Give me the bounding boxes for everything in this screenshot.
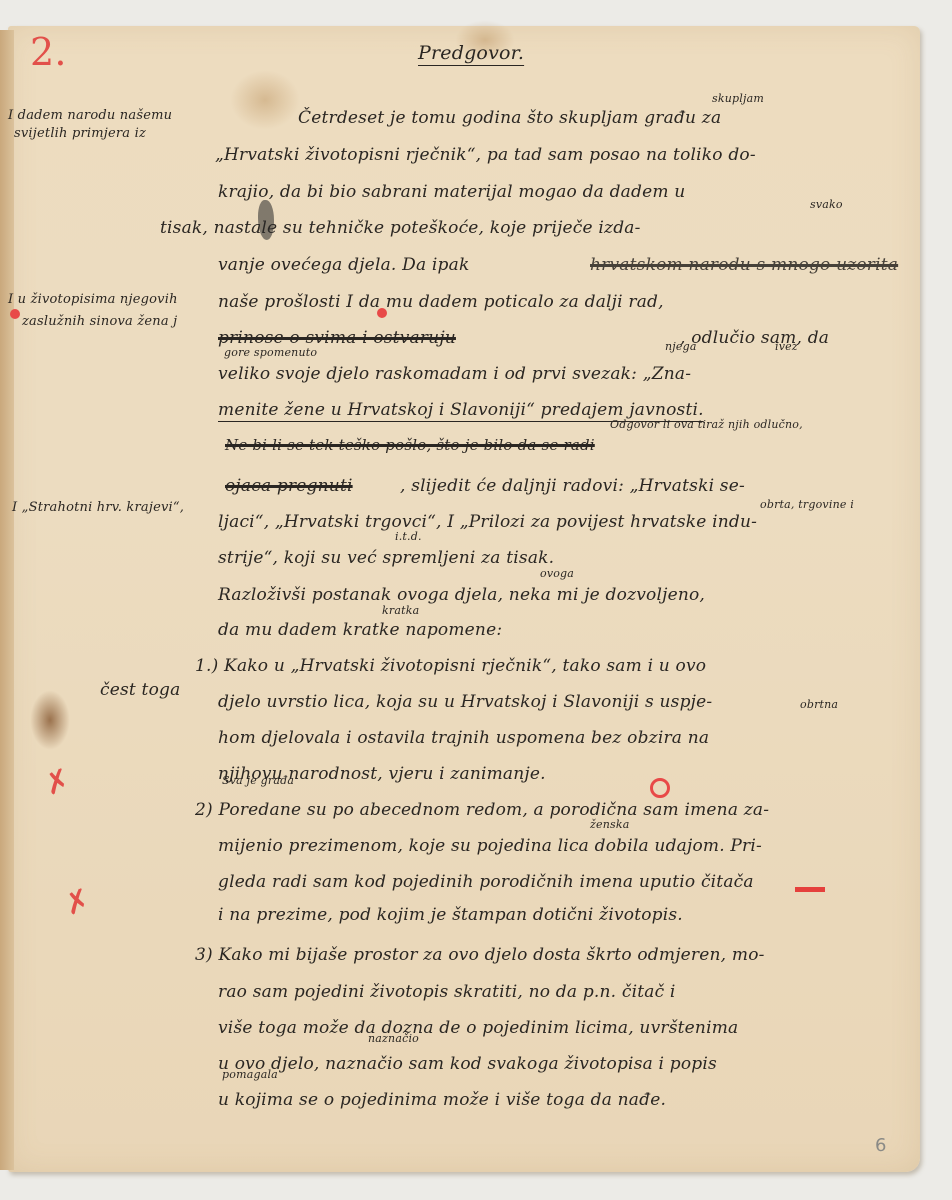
red-mark [10,309,20,319]
folio-number: 2. [30,30,67,74]
list-item-2: 2) Poredane su po abecednom redom, a por… [195,800,769,820]
text-line: u kojima se o pojedinima može i više tog… [218,1090,666,1110]
margin-note: svijetlih primjera iz [14,126,146,141]
page-title: Predgovor. [418,42,524,64]
interlinear-note: skupljam [712,92,764,105]
struck-text: prinose o svima i ostvaruju [218,328,456,348]
margin-note: čest toga [100,680,180,700]
ink-blot [258,200,274,240]
text-line: gleda radi sam kod pojedinih porodičnih … [218,872,754,892]
text-line: krajio, da bi bio sabrani materijal moga… [218,182,685,202]
struck-text: hrvatskom narodu s mnogo uzorita [590,255,898,275]
text-line: strije“, koji su već spremljeni za tisak… [218,548,554,568]
text-line: „Hrvatski životopisni rječnik“, pa tad s… [215,145,756,165]
text-line: više toga može da dozna de o pojedinim l… [218,1018,738,1038]
text-line: , slijedit će daljnji radovi: „Hrvatski … [400,476,745,496]
text-line: naše prošlosti I da mu dadem poticalo za… [218,292,664,312]
text-line: u ovo djelo, naznačio sam kod svakoga ži… [218,1054,717,1074]
text-line: Četrdeset je tomu godina što skupljam gr… [298,108,721,128]
text-line: da mu dadem kratke napomene: [218,620,502,640]
struck-text: Ne bi li se tek teško pošlo, što je bilo… [225,436,595,454]
text-line: ljaci“, „Hrvatski trgovci“, I „Prilozi z… [218,512,757,532]
red-circle-mark [650,778,670,798]
struck-text: ojaca pregnuti [225,476,353,496]
interlinear-note: ovoga [540,567,574,580]
margin-note: I „Strahotni hrv. krajevi“, [12,497,192,519]
text-line: rao sam pojedini životopis skratiti, no … [218,982,676,1002]
red-mark [377,308,387,318]
text-line: njihovu narodnost, vjeru i zanimanje. [218,764,546,784]
margin-note: I dadem narodu našemu [8,108,172,123]
text-line: menite žene u Hrvatskoj i Slavoniji“ pre… [218,400,704,420]
interlinear-note: obrta, trgovine i [760,498,854,511]
text-line: tisak, nastale su tehničke poteškoće, ko… [160,218,641,238]
text-line: djelo uvrstio lica, koja su u Hrvatskoj … [218,692,712,712]
text-line: vanje ovećega djela. Da ipak [218,255,469,275]
interlinear-note: svako [810,198,843,211]
interlinear-note: kratka [382,604,419,617]
list-item-3: 3) Kako mi bijaše prostor za ovo djelo d… [195,945,765,965]
interlinear-note: obrtna [800,698,838,711]
page-number: 6 [875,1135,887,1156]
text-line: hom djelovala i ostavila trajnih uspomen… [218,728,709,748]
text-line: veliko svoje djelo raskomadam i od prvi … [218,364,691,384]
text-line: Razloživši postanak ovoga djela, neka mi… [218,585,705,605]
margin-note: zaslužnih sinova žena j [22,314,177,329]
stain [30,690,70,750]
page-spine [0,30,14,1170]
margin-note: I u životopisima njegovih [8,292,178,307]
list-item-1: 1.) Kako u „Hrvatski životopisni rječnik… [195,656,706,676]
red-bar-mark [795,887,825,892]
text-line: , odlučio sam, da [680,328,829,348]
text-line: i na prezime, pod kojim je štampan dotič… [218,905,683,925]
text-line: mijenio prezimenom, koje su pojedina lic… [218,836,762,856]
stain [230,70,300,130]
